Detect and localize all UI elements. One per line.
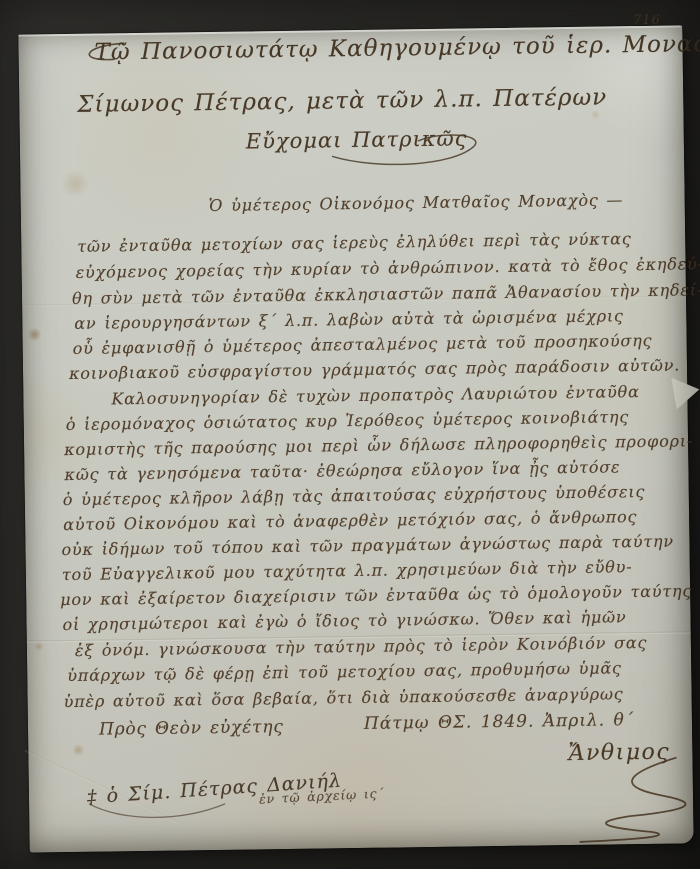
- letter-heading-line: Σίμωνος Πέτρας, μετὰ τῶν λ.π. Πατέρων: [77, 84, 607, 117]
- letter-body-line: ἐξ ὀνόμ. γινώσκουσα τὴν ταύτην πρὸς τὸ ἱ…: [75, 633, 648, 660]
- letter-heading-line: Τῷ Πανοσιωτάτῳ Καθηγουμένῳ τοῦ ἱερ. Μονα…: [94, 31, 700, 66]
- hierarch-signature: Ἄνθιμος: [568, 740, 670, 766]
- letter-body-line: μον καὶ ἐξαίρετον διαχείρισιν τῶν ἐνταῦθ…: [60, 581, 692, 609]
- letter-blessing-line: Εὔχομαι Πατρικῶς: [246, 126, 468, 153]
- letter-body-line: κῶς τὰ γενησόμενα ταῦτα· ἐθεώρησα εὔλογο…: [64, 457, 620, 484]
- letter-page: Τῷ Πανοσιωτάτῳ Καθηγουμένῳ τοῦ ἱερ. Μονα…: [18, 25, 693, 852]
- letter-body-line: τῶν ἐνταῦθα μετοχίων σας ἱερεὺς ἐληλύθει…: [77, 229, 632, 256]
- letter-body-line: οἱ χρησιμώτεροι καὶ ἐγὼ ὁ ἴδιος τὸ γινώσ…: [62, 607, 626, 634]
- letter-body-line: εὐχόμενος χορείας τὴν κυρίαν τὸ ἀνθρώπιν…: [76, 254, 700, 282]
- letter-body-line: Καλοσυνηγορίαν δὲ τυχὼν προπατρὸς Λαυριώ…: [111, 382, 639, 408]
- torn-edge-notch: [671, 377, 699, 409]
- letter-body-line: οὗ ἐμφανισθῇ ὁ ὑμέτερος ἀπεσταλμένος μετ…: [73, 331, 653, 358]
- letter-body-line: οὐκ ἰδήμων τοῦ τόπου καὶ τῶν πραγμάτων ἀ…: [61, 532, 674, 560]
- archive-number: 716: [633, 13, 661, 28]
- letter-body-line: ὁ ἱερομόναχος ὁσιώτατος κυρ Ἱερόθεος ὑμέ…: [66, 407, 630, 434]
- letter-body-line: αὐτοῦ Οἰκονόμου καὶ τὸ ἀναφερθὲν μετόχιό…: [63, 507, 637, 534]
- closing-valediction: Πρὸς Θεὸν εὐχέτης: [99, 717, 284, 740]
- signature-flourish: [578, 757, 686, 841]
- letter-body-line: αν ἱερουργησάντων ξ΄ λ.π. λαβὼν αὐτὰ τὰ …: [74, 306, 624, 333]
- letter-body-line: κοινοβιακοῦ εὐσφραγίστου γράμματός σας π…: [69, 355, 680, 383]
- photo-backdrop: Τῷ Πανοσιωτάτῳ Καθηγουμένῳ τοῦ ἱερ. Μονα…: [0, 0, 700, 869]
- letter-body-line: Ὁ ὑμέτερος Οἰκονόμος Ματθαῖος Μοναχὸς —: [209, 190, 624, 215]
- letter-body-line: ὑπάρχων τῷ δὲ φέρῃ ἐπὶ τοῦ μετοχίου σας,…: [67, 658, 622, 685]
- letter-body-line: ὑπὲρ αὐτοῦ καὶ ὅσα βεβαία, ὅτι διὰ ὑπακο…: [64, 684, 624, 711]
- letter-body-line: τοῦ Εὐαγγελικοῦ μου ταχύτητα λ.π. χρησιμ…: [62, 557, 633, 584]
- letter-body-line: θη σὺν μετὰ τῶν ἐνταῦθα ἐκκλησιαστῶν παπ…: [72, 280, 700, 308]
- closing-date: Πάτμῳ ΘΣ. 1849. Ἀπριλ. θ΄: [364, 710, 635, 734]
- letter-body-line: ὁ ὑμέτερος κλῆρον λάβῃ τὰς ἀπαιτούσας εὐ…: [63, 482, 646, 509]
- letter-body-line: κομιστὴς τῆς παρούσης μοι περὶ ὧν δήλωσε…: [64, 431, 693, 459]
